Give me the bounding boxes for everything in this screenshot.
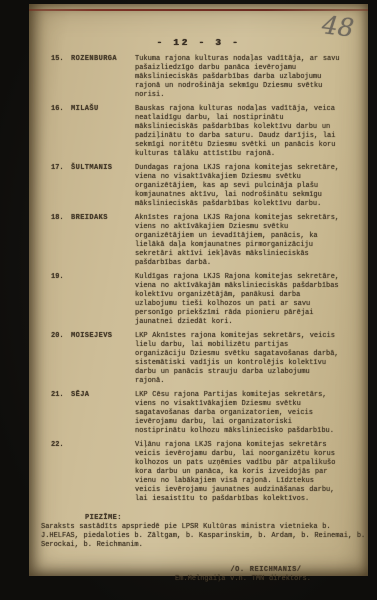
list-item: 17. ŠULTMANIS Dundagas rajona LKJS rajon…	[51, 164, 365, 209]
list-item: 18. BREIDAKS Aknīstes rajona LKJS Rajona…	[51, 214, 365, 268]
list-item: 15. ROZENBURGA Tukuma rajona kulturas no…	[51, 55, 365, 100]
note-label: PIEZĪME:	[85, 514, 365, 523]
item-number: 18.	[51, 214, 71, 268]
signature-title: Em.Melngaiļa v.n. TMN direktors.	[121, 575, 365, 584]
item-number: 21.	[51, 391, 71, 436]
typed-content: 15. ROZENBURGA Tukuma rajona kulturas no…	[51, 55, 365, 584]
item-description: LKP Aknīstes rajona komitejas sekretārs,…	[135, 332, 343, 386]
item-description: LKP Cēsu rajona Partijas komitejas sekre…	[135, 391, 343, 436]
item-name: ŠULTMANIS	[71, 164, 112, 209]
page-header: - 12 - 3 -	[29, 38, 368, 48]
item-description: Viļānu rajona LKJS rajona komitejas sekr…	[135, 441, 343, 504]
item-name: ROZENBURGA	[71, 55, 117, 100]
item-description: Tukuma rajona kulturas nodaļas vadītāja,…	[135, 55, 343, 100]
item-name: BREIDAKS	[71, 214, 108, 268]
list-item: 19. Kuldīgas rajona LKJS Rajona komiteja…	[51, 273, 365, 327]
document-page: 48 - 12 - 3 - 15. ROZENBURGA Tukuma rajo…	[29, 4, 368, 576]
list-item: 20. MOISEJEVS LKP Aknīstes rajona komite…	[51, 332, 365, 386]
item-description: Bauskas rajona kulturas nodaļas vadītāja…	[135, 105, 343, 159]
item-number: 19.	[51, 273, 71, 327]
signature-block: /O. REICHMANIS/ Em.Melngaiļa v.n. TMN di…	[121, 566, 365, 584]
item-number: 22.	[51, 441, 71, 504]
item-name: SĒJA	[71, 391, 89, 436]
list-item: 21. SĒJA LKP Cēsu rajona Partijas komite…	[51, 391, 365, 436]
list-item: 16. MILAŠU Bauskas rajona kulturas nodaļ…	[51, 105, 365, 159]
item-number: 15.	[51, 55, 71, 100]
item-name: MOISEJEVS	[71, 332, 112, 386]
item-name: MILAŠU	[71, 105, 99, 159]
note-text: Saraksts sastādīts apspriedē pie LPSR Ku…	[41, 523, 371, 550]
item-description: Kuldīgas rajona LKJS Rajona komitejas se…	[135, 273, 343, 327]
item-number: 16.	[51, 105, 71, 159]
top-edge-line	[29, 9, 368, 11]
item-description: Aknīstes rajona LKJS Rajona komitejas se…	[135, 214, 343, 268]
signature-name: /O. REICHMANIS/	[121, 566, 365, 575]
item-description: Dundagas rajona LKJS rajona komitejas se…	[135, 164, 343, 209]
item-number: 20.	[51, 332, 71, 386]
list-item: 22. Viļānu rajona LKJS rajona komitejas …	[51, 441, 365, 504]
note-block: PIEZĪME: Saraksts sastādīts apspriedē pi…	[51, 514, 365, 550]
item-number: 17.	[51, 164, 71, 209]
